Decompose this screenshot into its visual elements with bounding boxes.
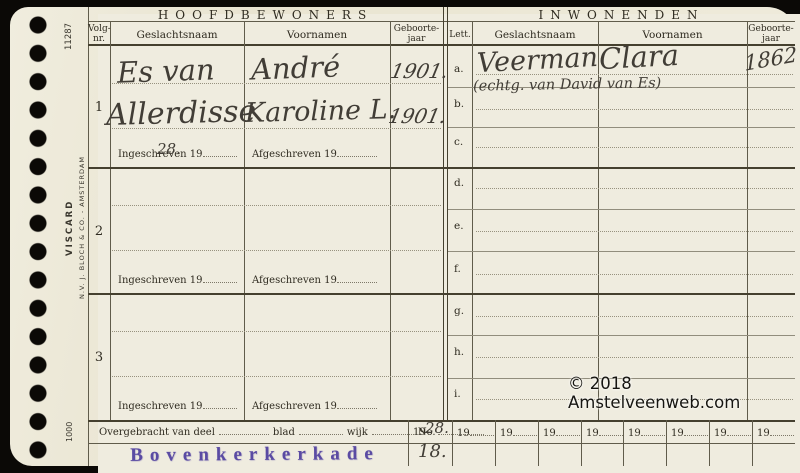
ingeschreven-label: Ingeschreven 19	[118, 400, 237, 412]
transfer-year-prefix: 19	[413, 427, 426, 438]
grid-line	[623, 420, 624, 466]
ingeschreven-text: Ingeschreven 19	[118, 275, 203, 286]
afgeschreven-text: Afgeschreven 19	[252, 149, 337, 160]
writing-line	[476, 357, 793, 358]
year-cell: 19	[757, 427, 794, 439]
year-cell: 19	[457, 427, 494, 439]
writing-line	[112, 376, 441, 377]
handwritten-firstname-1: André	[250, 49, 340, 86]
dotted-blank	[556, 427, 580, 436]
letter-label: c.	[454, 136, 463, 148]
ingeschreven-label: Ingeschreven 19	[118, 274, 237, 286]
year-cell: 19	[543, 427, 580, 439]
section-rule	[88, 293, 795, 295]
dotted-blank	[684, 427, 708, 436]
dotted-blank	[470, 427, 494, 436]
year-cell: 19	[628, 427, 665, 439]
column-header-geboortejaar-left: Geboorte- jaar	[390, 24, 443, 45]
dotted-blank	[513, 427, 537, 436]
transfer-label: Overgebracht van deel	[99, 427, 215, 438]
year-cell: 19	[671, 427, 708, 439]
afgeschreven-label: Afgeschreven 19	[252, 148, 377, 160]
letter-label: e.	[454, 220, 464, 232]
year-cell: 19	[500, 427, 537, 439]
afgeschreven-label: Afgeschreven 19	[252, 400, 377, 412]
dotted-blank	[219, 426, 269, 435]
dotted-blank	[203, 148, 237, 157]
address-stamp: Bovenkerkerkade	[110, 443, 400, 467]
letter-row-rule	[448, 335, 795, 336]
year-cell-label: 19	[714, 428, 727, 439]
grid-line	[244, 22, 245, 420]
handwritten-transfer-year: 28.	[425, 419, 449, 437]
dotted-blank	[770, 427, 794, 436]
handwritten-firstname-inwonende: Clara	[598, 38, 680, 76]
row-number: 2	[88, 224, 110, 239]
writing-line	[476, 274, 793, 275]
afgeschreven-label: Afgeschreven 19	[252, 274, 377, 286]
letter-label: a.	[454, 63, 464, 75]
section-title-hoofdbewoners: HOOFDBEWONERS	[88, 8, 443, 22]
ingeschreven-text: Ingeschreven 19	[118, 401, 203, 412]
wijk-label: wijk	[347, 427, 368, 438]
year-cell-label: 19	[457, 428, 470, 439]
dotted-blank	[337, 274, 377, 283]
handwritten-surname-inwonende: Veerman	[476, 42, 598, 79]
serial-number-bottom: 1000	[65, 411, 78, 453]
handwritten-birthyear-1: 1901.	[388, 59, 450, 83]
header-bottom-rule	[88, 44, 795, 46]
handwritten-surname-1: Es van	[116, 52, 215, 89]
letter-label: d.	[454, 177, 464, 189]
grid-line	[538, 420, 539, 466]
writing-line	[476, 109, 793, 110]
dotted-blank	[337, 148, 377, 157]
copyright-watermark: © 2018 Amstelveenweb.com	[568, 374, 800, 412]
binder-holes	[21, 11, 55, 459]
scanned-register-card-photo: 11287 VISCARD N.V. J. BLOCH & CO. - AMST…	[0, 0, 800, 473]
dotted-blank	[203, 400, 237, 409]
letter-row-rule	[448, 251, 795, 252]
year-cell-label: 19	[500, 428, 513, 439]
handwritten-ingeschreven-year: 28.	[157, 140, 181, 158]
writing-line	[476, 231, 793, 232]
handwritten-note: (echtg. van David van Es)	[473, 75, 662, 94]
section-title-inwonenden: INWONENDEN	[448, 8, 795, 22]
letter-label: f.	[454, 263, 461, 275]
letter-label: h.	[454, 346, 464, 358]
letter-label: i.	[454, 388, 461, 400]
year-cell-label: 19	[671, 428, 684, 439]
afgeschreven-text: Afgeschreven 19	[252, 275, 337, 286]
handwritten-house-number: 18.	[418, 441, 447, 462]
writing-line	[112, 205, 441, 206]
dotted-blank	[372, 426, 414, 435]
writing-line	[476, 188, 793, 189]
column-header-lett: Lett.	[448, 30, 472, 40]
column-header-voornamen-left: Voornamen	[244, 29, 390, 41]
grid-line	[666, 420, 667, 466]
handwritten-firstname-2: Karoline L.	[245, 94, 397, 129]
dotted-blank	[727, 427, 751, 436]
afgeschreven-text: Afgeschreven 19	[252, 401, 337, 412]
writing-line	[112, 250, 441, 251]
dotted-blank	[599, 427, 623, 436]
grid-line	[495, 420, 496, 466]
year-cell: 19	[586, 427, 623, 439]
column-header-geslachtsnaam-right: Geslachtsnaam	[472, 29, 598, 41]
section-rule	[88, 167, 795, 169]
letter-label: g.	[454, 305, 464, 317]
dotted-blank	[641, 427, 665, 436]
letter-row-rule	[448, 127, 795, 128]
printer-name-vertical: N.V. J. BLOCH & CO. - AMSTERDAM	[78, 126, 88, 330]
handwritten-birthyear-2: 1901.	[386, 104, 448, 128]
dotted-blank	[337, 400, 377, 409]
year-cell-label: 19	[628, 428, 641, 439]
header-rule	[88, 21, 795, 22]
column-header-geslachtsnaam-left: Geslachtsnaam	[110, 29, 244, 41]
year-cell-label: 19	[757, 428, 770, 439]
grid-line	[581, 420, 582, 466]
letter-label: b.	[454, 98, 464, 110]
blad-label: blad	[273, 427, 295, 438]
row-number: 3	[88, 350, 110, 365]
writing-line	[112, 331, 441, 332]
grid-line	[752, 420, 753, 466]
column-header-geboortejaar-right: Geboorte- jaar	[747, 24, 795, 45]
dotted-blank	[203, 274, 237, 283]
handwritten-surname-2: Allerdisse	[106, 94, 257, 133]
serial-number-top: 11287	[64, 10, 78, 62]
brand-name-vertical: VISCARD	[65, 148, 77, 308]
grid-line	[747, 22, 748, 420]
grid-line	[110, 22, 111, 420]
year-cell-label: 19	[586, 428, 599, 439]
writing-line	[476, 316, 793, 317]
column-header-volgnr: Volg- nr.	[88, 24, 110, 45]
letter-row-rule	[448, 209, 795, 210]
writing-line	[476, 147, 793, 148]
dotted-blank	[299, 426, 343, 435]
year-cell-label: 19	[543, 428, 556, 439]
grid-line	[709, 420, 710, 466]
year-cell: 19	[714, 427, 751, 439]
